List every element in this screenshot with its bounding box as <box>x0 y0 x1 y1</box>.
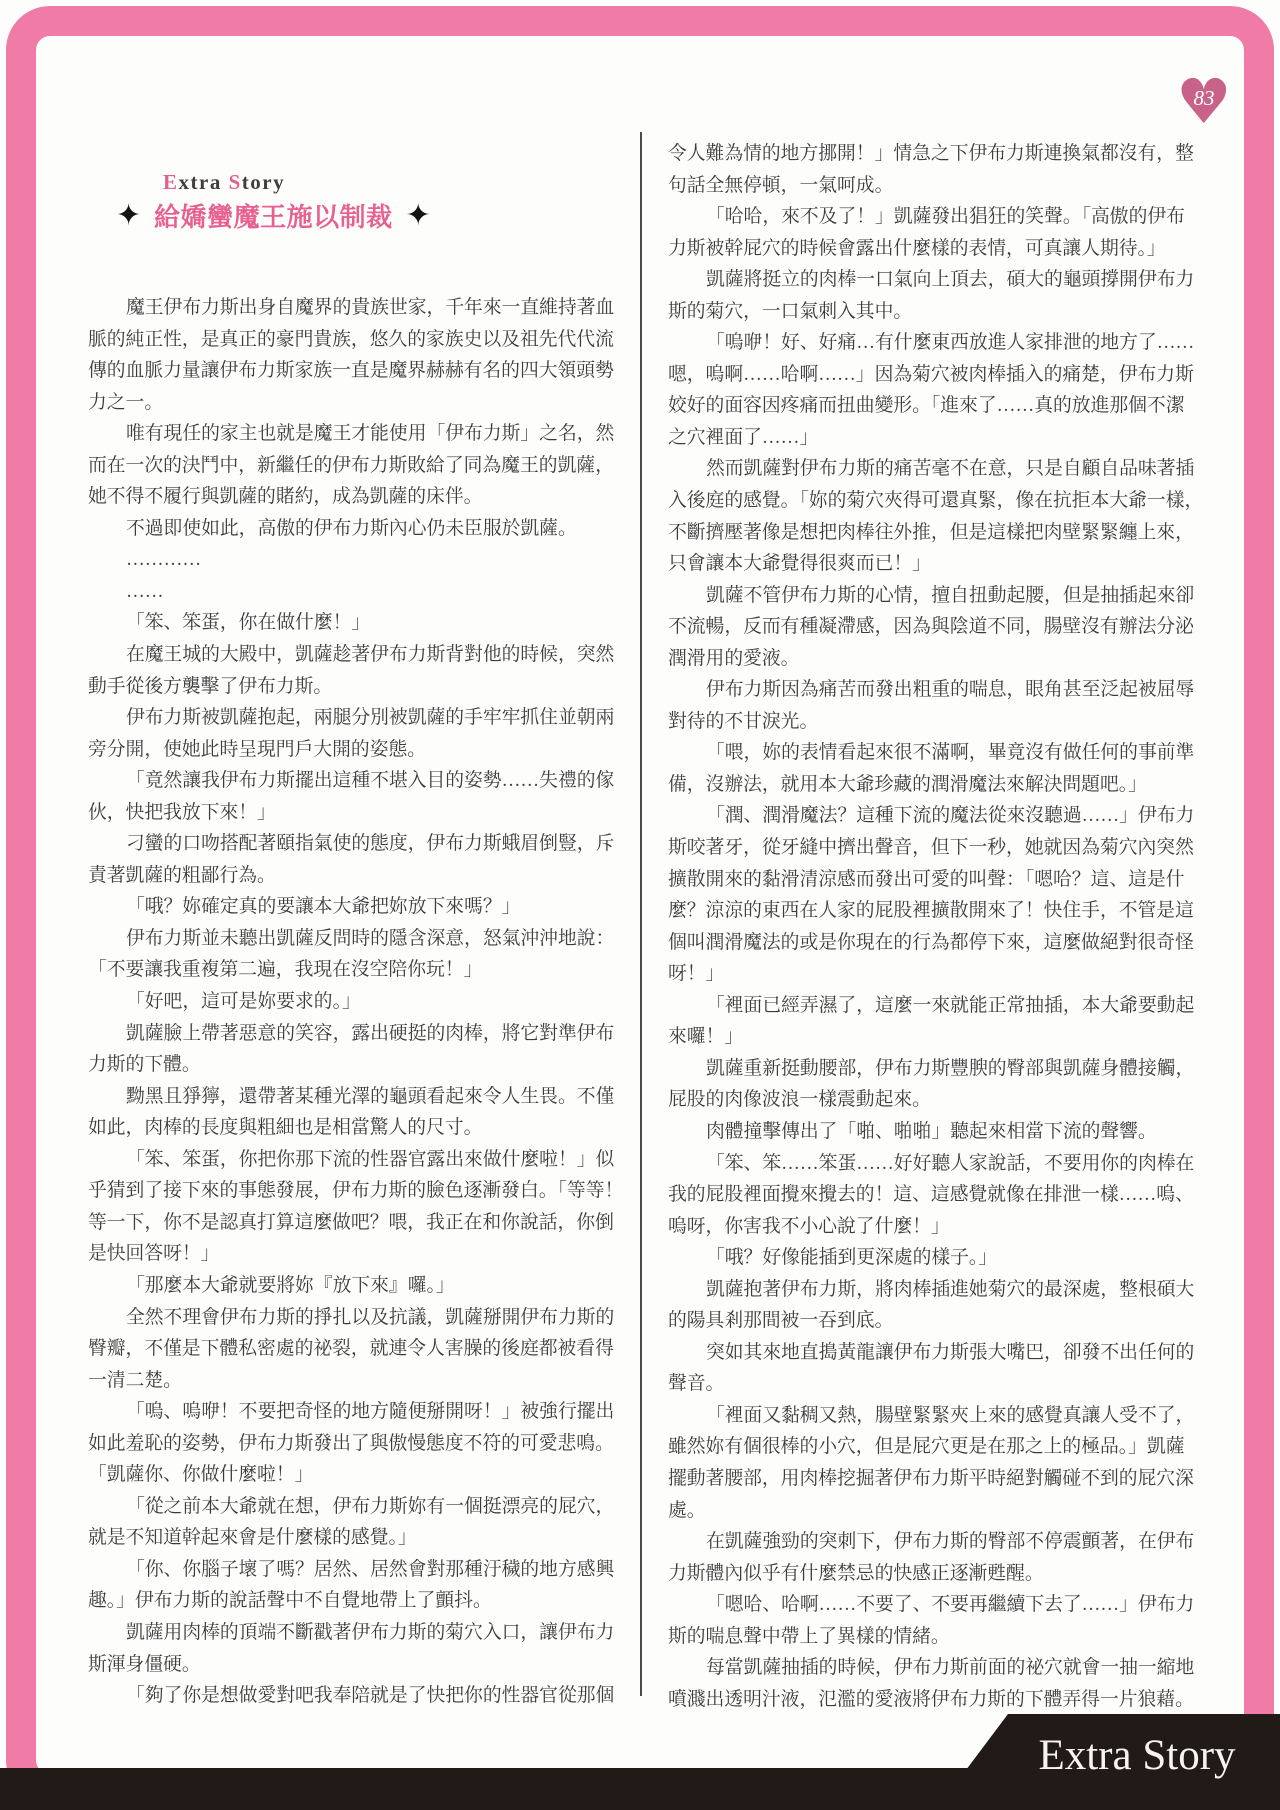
text-line: 「凱薩你、你做什麼啦！」 <box>88 1459 622 1491</box>
left-text-column: 魔王伊布力斯出身自魔界的貴族世家，千年來一直維持著血脈的純正性，是真正的豪門貴族… <box>88 292 622 1712</box>
text-line: 令人難為情的地方挪開！」情急之下伊布力斯連換氣都沒有，整 <box>668 138 1208 170</box>
text-line: 不斷擠壓著像是想把肉棒往外推，但是這樣把肉壁緊緊纏上來， <box>668 517 1208 549</box>
text-line: 魔王伊布力斯出身自魔界的貴族世家，千年來一直維持著血 <box>88 292 622 324</box>
text-line: 不流暢，反而有種凝滯感，因為與陰道不同，腸壁沒有辦法分泌 <box>668 611 1208 643</box>
text-line: …… <box>88 576 622 608</box>
text-line: 雖然妳有個很棒的小穴，但是屁穴更是在那之上的極品。」凱薩 <box>668 1431 1208 1463</box>
text-line: 「笨、笨蛋，你在做什麼！」 <box>88 607 622 639</box>
text-line: 「嗯哈、哈啊……不要了、不要再繼續下去了……」伊布力 <box>668 1589 1208 1621</box>
text-line: 「你、你腦子壞了嗎？居然、居然會對那種汙穢的地方感興 <box>88 1554 622 1586</box>
text-line: ………… <box>88 544 622 576</box>
text-line: 就是不知道幹起來會是什麼樣的感覺。」 <box>88 1522 622 1554</box>
text-line: 「那麼本大爺就要將妳『放下來』囉。」 <box>88 1270 622 1302</box>
text-line: 「不要讓我重複第二遍，我現在沒空陪你玩！」 <box>88 954 622 986</box>
text-line: 「裡面又黏稠又熱，腸壁緊緊夾上來的感覺真讓人受不了， <box>668 1400 1208 1432</box>
text-line: 是快回答呀！」 <box>88 1238 622 1270</box>
text-line: 而在一次的決鬥中，新繼任的伊布力斯敗給了同為魔王的凱薩， <box>88 450 622 482</box>
text-line: 呀！」 <box>668 958 1208 990</box>
text-line: 句話全無停頓，一氣呵成。 <box>668 170 1208 202</box>
text-line: 力斯的下體。 <box>88 1049 622 1081</box>
right-text-column: 令人難為情的地方挪開！」情急之下伊布力斯連換氣都沒有，整句話全無停頓，一氣呵成。… <box>668 138 1208 1715</box>
text-line: 來囉！」 <box>668 1021 1208 1053</box>
text-line: 伊布力斯並未聽出凱薩反問時的隱含深意，怒氣沖沖地說： <box>88 923 622 955</box>
text-line: 斯的喘息聲中帶上了異樣的情緒。 <box>668 1621 1208 1653</box>
text-line: 旁分開，使她此時呈現門戶大開的姿態。 <box>88 734 622 766</box>
logo-letter: S <box>229 170 242 194</box>
text-line: 之穴裡面了……」 <box>668 422 1208 454</box>
text-line: 嗯，嗚啊……哈啊……」因為菊穴被肉棒插入的痛楚，伊布力斯 <box>668 359 1208 391</box>
text-line: 「哦？妳確定真的要讓本大爺把妳放下來嗎？」 <box>88 891 622 923</box>
text-line: 斯咬著牙，從牙縫中擠出聲音，但下一秒，她就因為菊穴內突然 <box>668 832 1208 864</box>
text-line: 「從之前本大爺就在想，伊布力斯妳有一個挺漂亮的屁穴， <box>88 1491 622 1523</box>
text-line: 凱薩抱著伊布力斯，將肉棒插進她菊穴的最深處，整根碩大 <box>668 1274 1208 1306</box>
text-line: 姣好的面容因疼痛而扭曲變形。「進來了……真的放進那個不潔 <box>668 390 1208 422</box>
text-line: 不過即使如此，高傲的伊布力斯內心仍未臣服於凱薩。 <box>88 513 622 545</box>
text-line: 「笨、笨蛋，你把你那下流的性器官露出來做什麼啦！」似 <box>88 1144 622 1176</box>
text-line: 「喂，妳的表情看起來很不滿啊，畢竟沒有做任何的事前準 <box>668 737 1208 769</box>
text-line: 「笨、笨……笨蛋……好好聽人家說話，不要用你的肉棒在 <box>668 1148 1208 1180</box>
text-line: 力之一。 <box>88 387 622 419</box>
text-line: 我的屁股裡面攪來攪去的！這、這感覺就像在排泄一樣……嗚、 <box>668 1179 1208 1211</box>
page-number: 83 <box>1176 86 1232 111</box>
text-line: 「哈哈，來不及了！」凱薩發出猖狂的笑聲。「高傲的伊布 <box>668 201 1208 233</box>
text-line: 她不得不履行與凱薩的賭約，成為凱薩的床伴。 <box>88 481 622 513</box>
text-line: 力斯被幹屁穴的時候會露出什麼樣的表情，可真讓人期待。」 <box>668 233 1208 265</box>
sparkle-icon: ✦ <box>116 199 141 233</box>
text-line: 傳的血脈力量讓伊布力斯家族一直是魔界赫赫有名的四大領頭勢 <box>88 355 622 387</box>
logo-letters: xtra <box>179 170 229 194</box>
book-page: ♥ 83 Extra Story ✦ 給嬌蠻魔王施以制裁 ✦ 魔王伊布力斯出身自… <box>0 0 1280 1810</box>
text-line: 潤滑用的愛液。 <box>668 643 1208 675</box>
text-line: 斯的菊穴，一口氣刺入其中。 <box>668 296 1208 328</box>
text-line: 「嗚、嗚咿！不要把奇怪的地方隨便掰開呀！」被強行擺出 <box>88 1396 622 1428</box>
text-line: 一清二楚。 <box>88 1365 622 1397</box>
text-line: 力斯體內似乎有什麼禁忌的快感正逐漸甦醒。 <box>668 1558 1208 1590</box>
text-line: 臀瓣，不僅是下體私密處的祕裂，就連令人害臊的後庭都被看得 <box>88 1333 622 1365</box>
text-line: 聲音。 <box>668 1368 1208 1400</box>
text-line: 全然不理會伊布力斯的掙扎以及抗議，凱薩掰開伊布力斯的 <box>88 1302 622 1334</box>
text-line: 在凱薩強勁的突刺下，伊布力斯的臀部不停震顫著，在伊布 <box>668 1526 1208 1558</box>
sparkle-icon: ✦ <box>406 199 431 233</box>
text-line: 伊布力斯因為痛苦而發出粗重的喘息，眼角甚至泛起被屈辱 <box>668 674 1208 706</box>
text-line: 動手從後方襲擊了伊布力斯。 <box>88 671 622 703</box>
text-line: 只會讓本大爺覺得很爽而已！」 <box>668 548 1208 580</box>
text-line: 對待的不甘淚光。 <box>668 706 1208 738</box>
text-line: 等一下，你不是認真打算這麼做吧？喂，我正在和你說話，你倒 <box>88 1207 622 1239</box>
text-line: 「裡面已經弄濕了，這麼一來就能正常抽插，本大爺要動起 <box>668 990 1208 1022</box>
text-line: 噴濺出透明汁液，氾濫的愛液將伊布力斯的下體弄得一片狼藉。 <box>668 1684 1208 1716</box>
text-line: 凱薩重新挺動腰部，伊布力斯豐腴的臀部與凱薩身體接觸， <box>668 1053 1208 1085</box>
text-line: 的陽具剎那間被一吞到底。 <box>668 1305 1208 1337</box>
text-line: 凱薩臉上帶著惡意的笑容，露出硬挺的肉棒，將它對準伊布 <box>88 1018 622 1050</box>
text-line: 黝黑且猙獰，還帶著某種光澤的龜頭看起來令人生畏。不僅 <box>88 1081 622 1113</box>
column-divider <box>640 132 642 1696</box>
extra-story-logo: Extra Story <box>163 170 285 195</box>
text-line: 嗚呀，你害我不小心說了什麼！」 <box>668 1211 1208 1243</box>
text-line: 屁股的肉像波浪一樣震動起來。 <box>668 1084 1208 1116</box>
text-line: 伊布力斯被凱薩抱起，兩腿分別被凱薩的手牢牢抓住並朝兩 <box>88 702 622 734</box>
text-line: 「夠了你是想做愛對吧我奉陪就是了快把你的性器官從那個 <box>88 1680 622 1712</box>
text-line: 「潤、潤滑魔法？這種下流的魔法從來沒聽過……」伊布力 <box>668 800 1208 832</box>
text-line: 乎猜到了接下來的事態發展，伊布力斯的臉色逐漸發白。「等等！ <box>88 1175 622 1207</box>
logo-letter: E <box>163 170 179 194</box>
story-title: 給嬌蠻魔王施以制裁 <box>154 197 393 234</box>
text-line: 備，沒辦法，就用本大爺珍藏的潤滑魔法來解決問題吧。」 <box>668 769 1208 801</box>
text-line: 「嗚咿！好、好痛…有什麼東西放進人家排泄的地方了…… <box>668 327 1208 359</box>
text-line: 處。 <box>668 1495 1208 1527</box>
text-line: 肉體撞擊傳出了「啪、啪啪」聽起來相當下流的聲響。 <box>668 1116 1208 1148</box>
text-line: 刁蠻的口吻搭配著頤指氣使的態度，伊布力斯蛾眉倒豎，斥 <box>88 828 622 860</box>
text-line: 擺動著腰部，用肉棒挖掘著伊布力斯平時絕對觸碰不到的屁穴深 <box>668 1463 1208 1495</box>
logo-letters: tory <box>242 170 285 194</box>
text-line: 「哦？好像能插到更深處的樣子。」 <box>668 1242 1208 1274</box>
page-number-heart: ♥ 83 <box>1176 76 1232 136</box>
text-line: 趣。」伊布力斯的說話聲中不自覺地帶上了顫抖。 <box>88 1585 622 1617</box>
text-line: 擴散開來的黏滑清涼感而發出可愛的叫聲：「嗯哈？這、這是什 <box>668 864 1208 896</box>
text-line: 唯有現任的家主也就是魔王才能使用「伊布力斯」之名，然 <box>88 418 622 450</box>
text-line: 在魔王城的大殿中，凱薩趁著伊布力斯背對他的時候，突然 <box>88 639 622 671</box>
text-line: 凱薩將挺立的肉棒一口氣向上頂去，碩大的龜頭撐開伊布力 <box>668 264 1208 296</box>
text-line: 然而凱薩對伊布力斯的痛苦毫不在意，只是自顧自品味著插 <box>668 453 1208 485</box>
text-line: 伙，快把我放下來！」 <box>88 797 622 829</box>
text-line: 「好吧，這可是妳要求的。」 <box>88 986 622 1018</box>
story-title-row: ✦ 給嬌蠻魔王施以制裁 ✦ <box>116 197 431 234</box>
footer-banner-label: Extra Story <box>1012 1733 1262 1779</box>
text-line: 麼？涼涼的東西在人家的屁股裡擴散開來了！快住手，不管是這 <box>668 895 1208 927</box>
text-line: 個叫潤滑魔法的或是你現在的行為都停下來，這麼做絕對很奇怪 <box>668 927 1208 959</box>
text-line: 如此羞恥的姿勢，伊布力斯發出了與傲慢態度不符的可愛悲鳴。 <box>88 1428 622 1460</box>
text-line: 脈的純正性，是真正的豪門貴族，悠久的家族史以及祖先代代流 <box>88 324 622 356</box>
text-line: 斯渾身僵硬。 <box>88 1649 622 1681</box>
text-line: 如此，肉棒的長度與粗細也是相當驚人的尺寸。 <box>88 1112 622 1144</box>
text-line: 凱薩不管伊布力斯的心情，擅自扭動起腰，但是抽插起來卻 <box>668 580 1208 612</box>
text-line: 責著凱薩的粗鄙行為。 <box>88 860 622 892</box>
text-line: 每當凱薩抽插的時候，伊布力斯前面的祕穴就會一抽一縮地 <box>668 1652 1208 1684</box>
text-line: 「竟然讓我伊布力斯擺出這種不堪入目的姿勢……失禮的傢 <box>88 765 622 797</box>
text-line: 突如其來地直搗黃龍讓伊布力斯張大嘴巴，卻發不出任何的 <box>668 1337 1208 1369</box>
text-line: 入後庭的感覺。「妳的菊穴夾得可還真緊，像在抗拒本大爺一樣， <box>668 485 1208 517</box>
text-line: 凱薩用肉棒的頂端不斷戳著伊布力斯的菊穴入口，讓伊布力 <box>88 1617 622 1649</box>
